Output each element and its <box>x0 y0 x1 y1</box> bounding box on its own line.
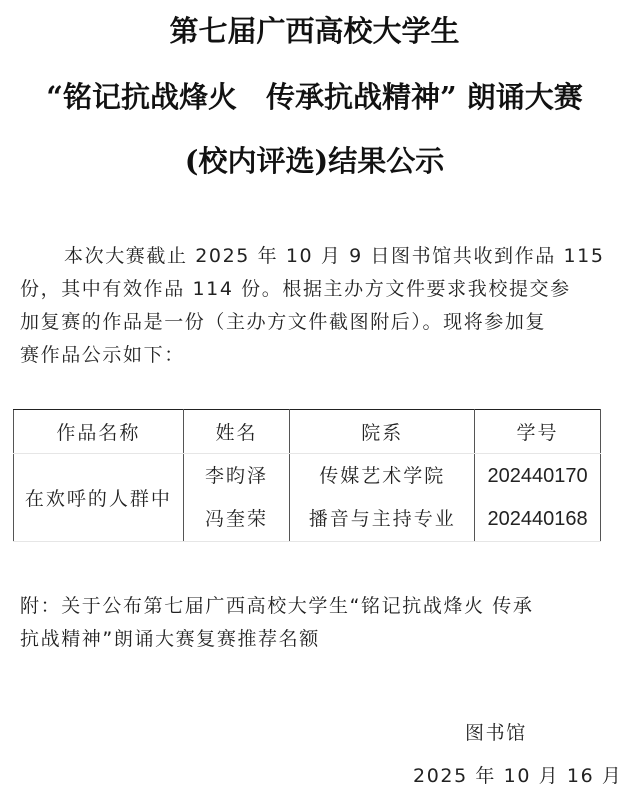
cell-work-title: 在欢呼的人群中 <box>14 454 184 542</box>
major: 播音与主持专业 <box>290 498 474 541</box>
intro-line: 加复赛的作品是一份（主办方文件截图附后）。现将参加复 <box>20 306 600 339</box>
intro-paragraph: 本次大赛截止 2025 年 10 月 9 日图书馆共收到作品 115 份，其中有… <box>20 240 600 372</box>
intro-line: 赛作品公示如下： <box>20 339 600 372</box>
student-id: 202440170 <box>475 455 600 498</box>
title-line-2: “铭记抗战烽火 传承抗战精神” 朗诵大赛 <box>0 77 629 117</box>
attachment-note: 附：关于公布第七届广西高校大学生“铭记抗战烽火 传承 抗战精神”朗诵大赛复赛推荐… <box>20 590 600 656</box>
header-name: 姓名 <box>183 410 290 454</box>
results-table: 作品名称 姓名 院系 学号 在欢呼的人群中 李昀泽 冯奎荣 传媒艺术学院 播音与… <box>13 409 601 542</box>
title-line-3: (校内评选)结果公示 <box>0 141 629 181</box>
cell-departments: 传媒艺术学院 播音与主持专业 <box>290 454 475 542</box>
table-header-row: 作品名称 姓名 院系 学号 <box>14 410 601 454</box>
student-id: 202440168 <box>475 498 600 541</box>
attachment-line: 抗战精神”朗诵大赛复赛推荐名额 <box>20 623 600 656</box>
header-department: 院系 <box>290 410 475 454</box>
attachment-line: 附：关于公布第七届广西高校大学生“铭记抗战烽火 传承 <box>20 590 600 623</box>
header-work-title: 作品名称 <box>14 410 184 454</box>
cell-student-ids: 202440170 202440168 <box>475 454 601 542</box>
title-line-1: 第七届广西高校大学生 <box>0 11 629 51</box>
department: 传媒艺术学院 <box>290 455 474 498</box>
signature-date: 2025 年 10 月 16 月 <box>413 761 623 788</box>
header-student-id: 学号 <box>475 410 601 454</box>
signature-organization: 图书馆 <box>465 718 527 745</box>
cell-names: 李昀泽 冯奎荣 <box>183 454 290 542</box>
table-row: 在欢呼的人群中 李昀泽 冯奎荣 传媒艺术学院 播音与主持专业 202440170… <box>14 454 601 542</box>
student-name: 冯奎荣 <box>184 498 290 541</box>
student-name: 李昀泽 <box>184 455 290 498</box>
intro-line: 本次大赛截止 2025 年 10 月 9 日图书馆共收到作品 115 <box>20 240 600 273</box>
intro-line: 份，其中有效作品 114 份。根据主办方文件要求我校提交参 <box>20 273 600 306</box>
